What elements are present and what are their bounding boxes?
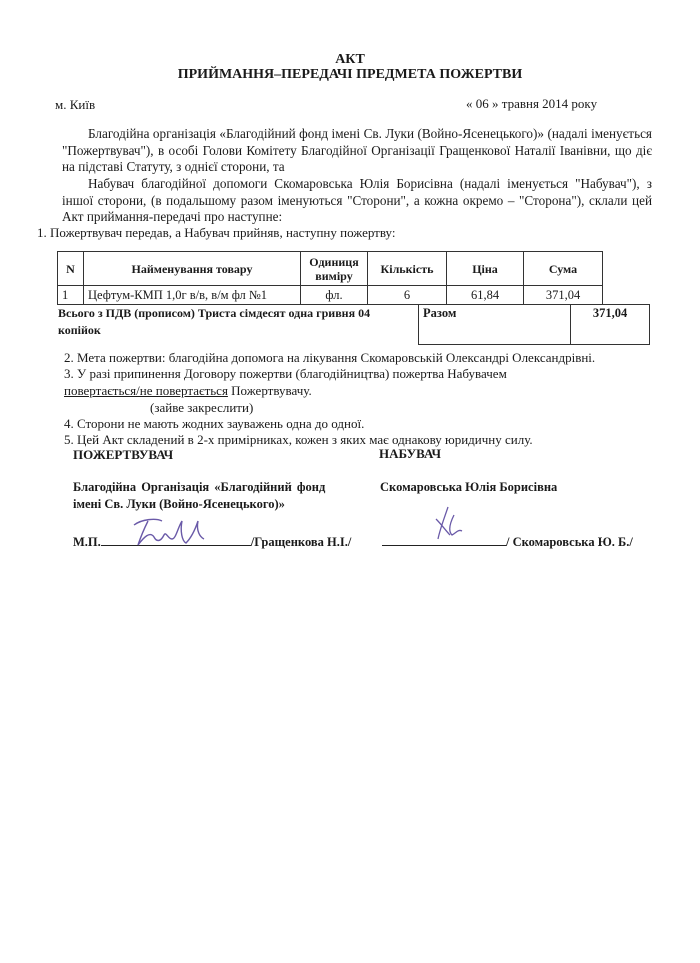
clause-3-continuation: повертається/не повертається Пожертвувач… — [64, 383, 312, 399]
table-row: 1 Цефтум-КМП 1,0г в/в, в/м фл №1 фл. 6 6… — [58, 286, 603, 305]
header-n: N — [58, 252, 84, 286]
strike-note: (зайве закреслити) — [150, 400, 253, 416]
document-subtitle: ПРИЙМАННЯ–ПЕРЕДАЧІ ПРЕДМЕТА ПОЖЕРТВИ — [0, 67, 700, 83]
total-value: 371,04 — [571, 305, 650, 345]
donor-signatory: /Гращенкова Н.І./ — [251, 535, 352, 549]
header-sum: Сума — [524, 252, 603, 286]
goods-table: N Найменування товару Одиниця виміру Кіл… — [57, 251, 603, 305]
clause-3: 3. У разі припинення Договору пожертви (… — [64, 366, 507, 382]
totals-table: Разом 371,04 — [418, 304, 650, 345]
cell-price: 61,84 — [447, 286, 524, 305]
city: м. Київ — [55, 97, 95, 113]
table-header-row: N Найменування товару Одиниця виміру Кіл… — [58, 252, 603, 286]
intro-paragraph-recipient: Набувач благодійної допомоги Скомаровськ… — [62, 176, 652, 226]
donor-organization-line1: Благодійна Організація «Благодійний фонд — [73, 480, 325, 495]
recipient-signature-line: / Скомаровська Ю. Б./ — [382, 531, 633, 550]
recipient-signatory: / Скомаровська Ю. Б./ — [506, 535, 633, 549]
clause-1: 1. Пожертвувач передав, а Набувач прийня… — [37, 225, 395, 241]
donor-heading: ПОЖЕРТВУВАЧ — [73, 447, 173, 463]
clause-4: 4. Сторони не мають жодних зауважень одн… — [64, 416, 364, 432]
recipient-name: Скомаровська Юлія Борисівна — [380, 480, 557, 495]
donor-signature-line: М.П./Гращенкова Н.І./ — [73, 531, 351, 550]
cell-quantity: 6 — [368, 286, 447, 305]
cell-sum: 371,04 — [524, 286, 603, 305]
header-price: Ціна — [447, 252, 524, 286]
clause-3-tail: Пожертвувачу. — [228, 383, 312, 398]
seal-label: М.П. — [73, 535, 101, 549]
document-title: АКТ — [0, 52, 700, 68]
document-date: « 06 » травня 2014 року — [466, 96, 597, 112]
donor-signature-scribble — [130, 515, 210, 550]
total-label: Разом — [419, 305, 571, 345]
total-in-words: Всього з ПДВ (прописом) Триста сімдесят … — [58, 305, 398, 339]
intro-paragraph-donor: Благодійна організація «Благодійний фонд… — [62, 126, 652, 176]
recipient-heading: НАБУВАЧ — [379, 446, 441, 462]
header-unit: Одиниця виміру — [301, 252, 368, 286]
header-quantity: Кількість — [368, 252, 447, 286]
cell-unit: фл. — [301, 286, 368, 305]
donor-organization-line2: імені Св. Луки (Войно-Ясенецького)» — [73, 497, 285, 512]
cell-name: Цефтум-КМП 1,0г в/в, в/м фл №1 — [84, 286, 301, 305]
return-option: повертається/не повертається — [64, 383, 228, 398]
clause-2: 2. Мета пожертви: благодійна допомога на… — [64, 350, 595, 366]
cell-n: 1 — [58, 286, 84, 305]
clause-5: 5. Цей Акт складений в 2-х примірниках, … — [64, 432, 533, 448]
recipient-signature-scribble — [428, 505, 468, 545]
header-name: Найменування товару — [84, 252, 301, 286]
